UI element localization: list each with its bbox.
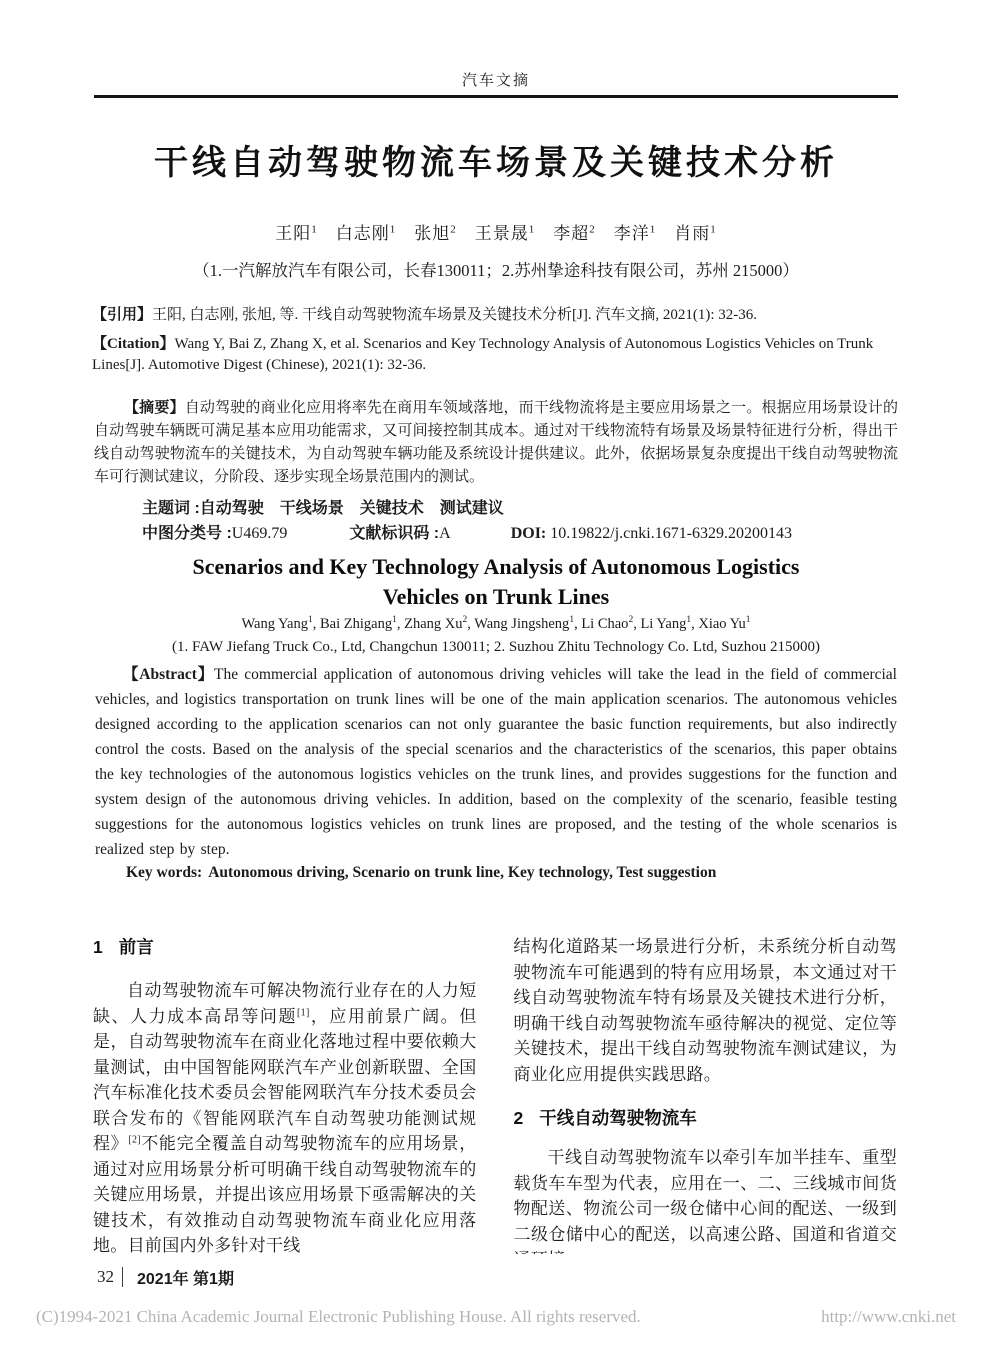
keywords-en-label: Key words: [126, 864, 202, 881]
abstract-cn-text: 自动驾驶的商业化应用将率先在商用车领域落地，而干线物流将是主要应用场景之一。根据… [94, 400, 898, 485]
keywords-en: Key words:Autonomous driving, Scenario o… [126, 862, 898, 884]
keywords-en-text: Autonomous driving, Scenario on trunk li… [208, 864, 716, 881]
doi-value: 10.19822/j.cnki.1671-6329.20200143 [546, 525, 792, 542]
citation-cn-label: 【引用】 [92, 306, 152, 323]
paper-title-en: Scenarios and Key Technology Analysis of… [50, 552, 942, 612]
citation-block: 【引用】王阳, 白志刚, 张旭, 等. 干线自动驾驶物流车场景及关键技术分析[J… [92, 304, 900, 376]
citation-en-text: Wang Y, Bai Z, Zhang X, et al. Scenarios… [92, 336, 873, 373]
document-code-label: 文献标识码 : [349, 525, 439, 542]
section-1-continuation-paragraph: 结构化道路某一场景进行分析，未系统分析自动驾驶物流车可能遇到的特有应用场景，本文… [514, 934, 898, 1087]
classification-row: 中图分类号 :U469.79 文献标识码 :A DOI: 10.19822/j.… [142, 524, 898, 544]
affiliation-en: (1. FAW Jiefang Truck Co., Ltd, Changchu… [0, 638, 992, 656]
section-1-title: 前言 [119, 937, 154, 957]
journal-name: 汽车文摘 [0, 0, 992, 90]
keywords-cn: 主题词 :自动驾驶 干线场景 关键技术 测试建议 [142, 499, 898, 519]
issue-label: 2021年 第1期 [137, 1266, 234, 1289]
clc-number-label: 中图分类号 : [142, 525, 232, 542]
left-column: 1前言 自动驾驶物流车可解决物流行业存在的人力短缺、人力成本高昂等问题[1]，应… [93, 934, 477, 1254]
right-column: 结构化道路某一场景进行分析，未系统分析自动驾驶物流车可能遇到的特有应用场景，本文… [514, 934, 898, 1254]
two-column-body: 1前言 自动驾驶物流车可解决物流行业存在的人力短缺、人力成本高昂等问题[1]，应… [93, 934, 897, 1254]
citation-cn-text: 王阳, 白志刚, 张旭, 等. 干线自动驾驶物流车场景及关键技术分析[J]. 汽… [152, 307, 757, 323]
keywords-cn-label: 主题词 : [142, 500, 200, 517]
paper-title-cn: 干线自动驾驶物流车场景及关键技术分析 [60, 143, 932, 183]
keywords-cn-text: 自动驾驶 干线场景 关键技术 测试建议 [200, 500, 504, 517]
abstract-cn-label: 【摘要】 [124, 399, 185, 416]
section-2-heading: 2干线自动驾驶物流车 [514, 1107, 898, 1129]
journal-page: 汽车文摘 干线自动驾驶物流车场景及关键技术分析 王阳1 白志刚1 张旭2 王景晟… [0, 0, 992, 1351]
abstract-cn: 【摘要】自动驾驶的商业化应用将率先在商用车领域落地，而干线物流将是主要应用场景之… [94, 396, 898, 489]
doi: DOI: 10.19822/j.cnki.1671-6329.20200143 [511, 524, 792, 544]
footer-divider [122, 1267, 123, 1287]
citation-cn: 【引用】王阳, 白志刚, 张旭, 等. 干线自动驾驶物流车场景及关键技术分析[J… [92, 304, 900, 326]
journal-header: 汽车文摘 [0, 0, 992, 98]
cnki-url: http://www.cnki.net [821, 1308, 956, 1326]
doi-label: DOI: [511, 525, 547, 542]
page-number: 32 [97, 1267, 114, 1287]
section-1-paragraph: 自动驾驶物流车可解决物流行业存在的人力短缺、人力成本高昂等问题[1]，应用前景广… [93, 978, 477, 1254]
paper-title-en-line1: Scenarios and Key Technology Analysis of… [50, 552, 942, 582]
affiliation-cn: （1.一汽解放汽车有限公司，长春130011；2.苏州挚途科技有限公司，苏州 2… [0, 260, 992, 282]
section-2-paragraph: 干线自动驾驶物流车以牵引车加半挂车、重型载货车车型为代表，应用在一、二、三线城市… [514, 1145, 898, 1254]
abstract-en-label: 【Abstract】 [123, 666, 214, 683]
section-2-number: 2 [514, 1108, 524, 1128]
copyright-text: (C)1994-2021 China Academic Journal Elec… [36, 1308, 641, 1326]
copyright-line: (C)1994-2021 China Academic Journal Elec… [0, 1308, 992, 1326]
abstract-en-text: The commercial application of autonomous… [95, 666, 897, 858]
document-code-value: A [439, 525, 451, 542]
page-footer: 32 2021年 第1期 [97, 1266, 898, 1288]
abstract-en: 【Abstract】The commercial application of … [95, 662, 897, 862]
header-rule [94, 95, 898, 98]
authors-cn: 王阳1 白志刚1 张旭2 王景晟1 李超2 李洋1 肖雨1 [0, 221, 992, 247]
authors-en: Wang Yang1, Bai Zhigang1, Zhang Xu2, Wan… [0, 615, 992, 633]
document-code: 文献标识码 :A [349, 524, 450, 544]
citation-en-label: 【Citation】 [92, 336, 175, 352]
clc-number: 中图分类号 :U469.79 [142, 524, 287, 544]
clc-number-value: U469.79 [232, 525, 288, 542]
section-1-number: 1 [93, 937, 103, 957]
section-2-title: 干线自动驾驶物流车 [539, 1108, 697, 1128]
paper-title-en-line2: Vehicles on Trunk Lines [50, 582, 942, 612]
section-1-heading: 1前言 [93, 936, 477, 958]
citation-en: 【Citation】Wang Y, Bai Z, Zhang X, et al.… [92, 334, 900, 376]
